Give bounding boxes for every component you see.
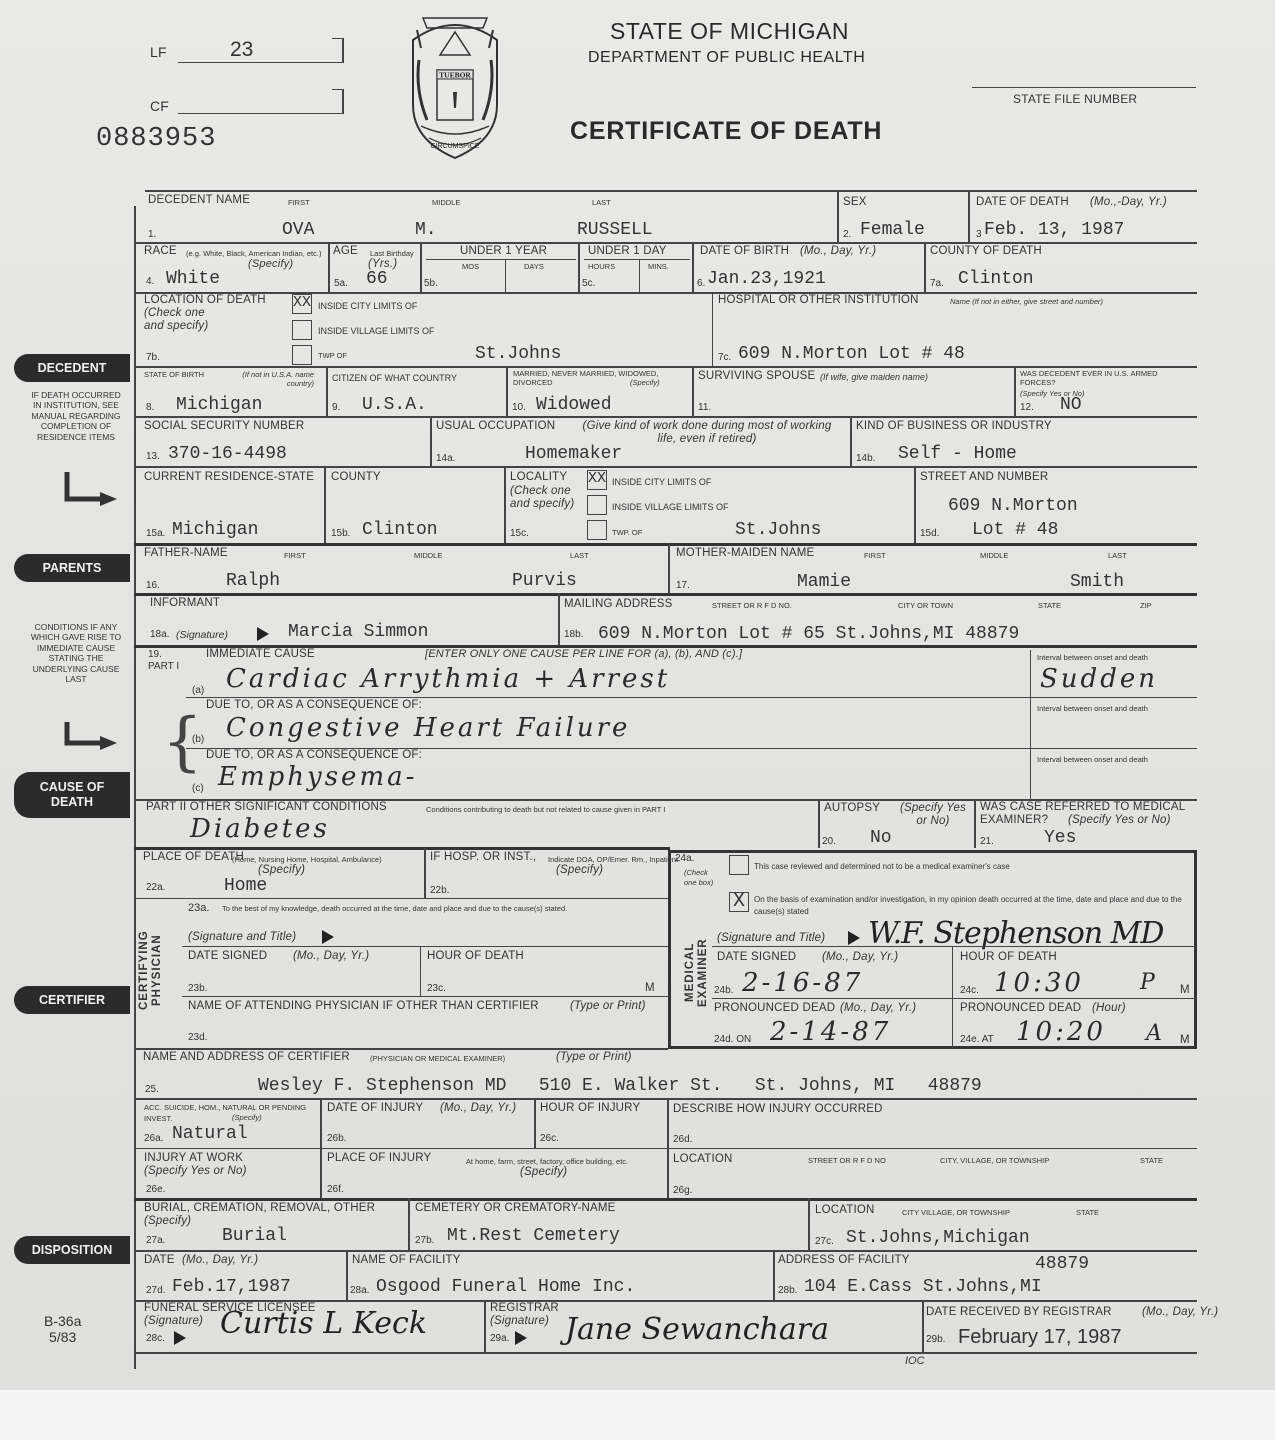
- facility-zip: 48879: [1035, 1254, 1089, 1274]
- item-number: 7c.: [718, 352, 731, 363]
- item-number: 18b.: [564, 629, 583, 640]
- item-number: 14b.: [856, 453, 875, 464]
- form-number: B-36a 5/83: [44, 1313, 81, 1345]
- item-number: 15c.: [510, 528, 529, 539]
- item-number: 9.: [332, 402, 340, 413]
- pronounced-date: 2-14-87: [770, 1017, 891, 1047]
- col-divider: [922, 1300, 924, 1352]
- form-number-code: B-36a: [44, 1313, 81, 1329]
- col-divider: [420, 946, 421, 996]
- lf-bracket: [342, 38, 344, 63]
- cemetery-name: Mt.Rest Cemetery: [447, 1226, 620, 1246]
- item-number: 29b.: [926, 1334, 945, 1345]
- arrow-pointer-icon: [174, 1331, 186, 1345]
- mins-label: MINS.: [648, 262, 669, 271]
- hosp-inst-label: IF HOSP. OR INST.,: [430, 851, 536, 863]
- business-value: Self - Home: [898, 444, 1017, 464]
- registrar-label: REGISTRAR: [490, 1302, 559, 1314]
- inside-village-checkbox[interactable]: [292, 320, 312, 340]
- arrow-right-icon: [62, 722, 122, 758]
- birth-state: Michigan: [176, 395, 262, 415]
- lf-underline: [178, 62, 343, 63]
- spouse-label: SURVIVING SPOUSE: [698, 370, 815, 382]
- race-label: RACE: [144, 245, 177, 257]
- street-label: STREET OR R F D NO.: [712, 601, 792, 610]
- meridiem-label: M: [1180, 1034, 1190, 1046]
- col-divider: [1014, 366, 1016, 416]
- street-label: STREET AND NUMBER: [920, 471, 1048, 483]
- item-number: 11.: [698, 402, 711, 413]
- injury-describe-label: DESCRIBE HOW INJURY OCCURRED: [673, 1103, 883, 1115]
- hosp-inst-specify: (Specify): [556, 864, 603, 876]
- row-line: [134, 416, 1197, 418]
- date-of-death: Feb. 13, 1987: [984, 220, 1124, 240]
- item-number: 29a.: [490, 1333, 509, 1344]
- examiner-hour: 10:30: [994, 968, 1084, 998]
- lf-bracket-top: [332, 38, 343, 39]
- locality-city-label: INSIDE CITY LIMITS OF: [612, 477, 711, 487]
- location-city: St.Johns: [475, 344, 561, 364]
- item-number: 1.: [148, 229, 156, 240]
- examiner-date-hint: (Mo., Day, Yr.): [822, 951, 898, 963]
- item-number: 12.: [1020, 402, 1034, 413]
- item-number: 5c.: [582, 278, 595, 289]
- item-number: 26a.: [144, 1133, 163, 1144]
- col-divider: [808, 1198, 810, 1250]
- twp-label: TWP OF: [318, 351, 347, 360]
- date-received-label: DATE RECEIVED BY REGISTRAR: [926, 1306, 1112, 1318]
- item-number: 7b.: [146, 352, 160, 363]
- pronounced-hour-ampm: A: [1146, 1021, 1165, 1046]
- injury-location-label: LOCATION: [673, 1153, 733, 1165]
- col-divider: [639, 260, 640, 292]
- dod-hint: (Mo.,-Day, Yr.): [1090, 196, 1167, 208]
- item-number: 25.: [145, 1084, 159, 1095]
- ssn-label: SOCIAL SECURITY NUMBER: [144, 420, 304, 432]
- item-number: 4.: [146, 276, 154, 287]
- referred-hint: (Specify Yes or No): [1068, 814, 1171, 826]
- col-divider: [578, 242, 580, 292]
- certifier-name-address: Wesley F. Stephenson MD 510 E. Walker St…: [258, 1076, 982, 1096]
- cf-underline: [178, 113, 343, 114]
- locality-label: LOCALITY: [510, 471, 567, 483]
- cemetery-label: CEMETERY OR CREMATORY-NAME: [415, 1202, 616, 1214]
- part-2-label: PART II OTHER SIGNIFICANT CONDITIONS: [146, 801, 387, 813]
- days-label: DAYS: [524, 262, 544, 271]
- item-number: 18a.: [150, 629, 169, 640]
- item-number: 24b.: [714, 985, 733, 996]
- certifier-label: NAME AND ADDRESS OF CERTIFIER: [143, 1051, 350, 1063]
- disposition-date-hint: (Mo., Day, Yr.): [182, 1254, 258, 1266]
- residence-state-label: CURRENT RESIDENCE-STATE: [144, 471, 314, 483]
- item-number: 28c.: [146, 1333, 165, 1344]
- arrow-pointer-icon: [848, 931, 860, 945]
- injury-at-work-label: INJURY AT WORK: [144, 1152, 243, 1164]
- autopsy-label: AUTOPSY: [824, 802, 880, 814]
- item-number: 23b.: [188, 983, 207, 994]
- not-me-case-label: This case reviewed and determined not to…: [754, 862, 1010, 871]
- item-number: 26e.: [146, 1184, 165, 1195]
- cf-bracket: [342, 89, 344, 114]
- injury-hour-label: HOUR OF INJURY: [540, 1102, 640, 1114]
- physician-date-hint: (Mo., Day, Yr.): [293, 950, 369, 962]
- sub-line: [426, 259, 576, 260]
- city-label: CITY, VILLAGE, OR TOWNSHIP: [940, 1156, 1049, 1165]
- examiner-signature-label: (Signature and Title): [717, 932, 825, 944]
- michigan-state-seal-icon: TUEBOR CIRCUMSPICE: [405, 10, 505, 160]
- item-number: 27d.: [146, 1285, 165, 1296]
- not-me-case-checkbox[interactable]: [729, 855, 749, 875]
- occupation-hint: (Give kind of work done during most of w…: [572, 420, 842, 446]
- col-divider: [818, 799, 820, 848]
- col-divider: [974, 799, 976, 848]
- race-specify: (Specify): [248, 258, 293, 270]
- col-divider: [558, 593, 560, 645]
- col-divider: [668, 543, 670, 593]
- state-label: STATE: [1038, 601, 1061, 610]
- date-received-hint: (Mo., Day, Yr.): [1142, 1306, 1218, 1318]
- licensee-signature: Curtis L Keck: [220, 1306, 427, 1341]
- locality-twp-checkbox[interactable]: [587, 520, 607, 540]
- last-label: LAST: [1108, 551, 1127, 560]
- col-divider: [837, 190, 839, 242]
- row-line: [712, 946, 1197, 947]
- col-divider: [692, 242, 694, 292]
- row-line: [134, 898, 670, 899]
- certificate-title: CERTIFICATE OF DEATH: [570, 117, 882, 146]
- pronounced-hour-label: PRONOUNCED DEAD: [960, 1002, 1081, 1014]
- row-line: [134, 466, 1197, 468]
- item-number: 26g.: [673, 1185, 692, 1196]
- item-number: 17.: [676, 580, 690, 591]
- interval-label: Interval between onset and death: [1037, 653, 1148, 662]
- item-number: 13.: [146, 451, 160, 462]
- location-of-death-label: LOCATION OF DEATH: [144, 294, 266, 306]
- ssn-value: 370-16-4498: [168, 444, 287, 464]
- marital-status: Widowed: [536, 395, 612, 415]
- me-opinion-checkbox[interactable]: X: [729, 892, 749, 912]
- occupation-value: Homemaker: [525, 444, 622, 464]
- facility-address-label: ADDRESS OF FACILITY: [778, 1254, 910, 1266]
- registrar-signature: Jane Sewanchara: [565, 1312, 829, 1347]
- mother-first-name: Mamie: [797, 572, 851, 592]
- registrar-initials: IOC: [905, 1355, 925, 1367]
- occupation-label: USUAL OCCUPATION: [436, 420, 555, 432]
- state-title: STATE OF MICHIGAN: [610, 18, 849, 45]
- state-file-number-label: STATE FILE NUMBER: [1013, 92, 1137, 106]
- item-number: 27b.: [415, 1235, 434, 1246]
- cause-b-label: (b): [192, 734, 204, 745]
- item-number: 10.: [512, 402, 526, 413]
- birth-state-hint: (If not in U.S.A. name country): [222, 370, 314, 388]
- conditions-note: CONDITIONS IF ANY WHICH GAVE RISE TO IMM…: [30, 622, 122, 684]
- col-divider: [505, 260, 506, 292]
- col-divider: [408, 1198, 410, 1250]
- part-1-label: PART I: [148, 661, 179, 672]
- item-number: 5b.: [424, 278, 438, 289]
- decedent-middle-name: M.: [415, 220, 437, 240]
- pronounced-hour: 10:20: [1016, 1017, 1106, 1047]
- item-number: 16.: [146, 580, 160, 591]
- due-to-label: DUE TO, OR AS A CONSEQUENCE OF:: [206, 749, 422, 761]
- col-divider: [968, 190, 970, 242]
- informant-signature-label: (Signature): [176, 629, 228, 641]
- father-label: FATHER-NAME: [144, 547, 228, 559]
- street-line-1: 609 N.Morton: [948, 496, 1078, 516]
- decedent-name-label: DECEDENT NAME: [148, 194, 250, 206]
- residence-state: Michigan: [172, 520, 258, 540]
- col-divider: [420, 242, 422, 292]
- dob-hint: (Mo., Day, Yr.): [800, 245, 876, 257]
- disposition-date: Feb.17,1987: [172, 1277, 291, 1297]
- place-of-death: Home: [224, 876, 267, 896]
- row-line: [182, 946, 670, 947]
- certifier-label-hint: (PHYSICIAN OR MEDICAL EXAMINER): [370, 1054, 505, 1063]
- row-line: [186, 697, 1197, 698]
- col-divider: [430, 416, 432, 466]
- col-divider: [484, 1300, 486, 1352]
- examiner-date-label: DATE SIGNED: [717, 951, 796, 963]
- col-divider: [773, 1250, 775, 1300]
- col-divider: [324, 466, 326, 544]
- cause-a-label: (a): [192, 685, 204, 696]
- examiner-date-signed: 2-16-87: [742, 968, 863, 998]
- residence-county: Clinton: [362, 520, 438, 540]
- meridiem-label: M: [1180, 984, 1190, 996]
- item-number: 5a.: [334, 278, 348, 289]
- location-hint: (Check one and specify): [144, 307, 224, 333]
- item-number: 14a.: [436, 453, 455, 464]
- disposition-method-label: BURIAL, CREMATION, REMOVAL, OTHER: [144, 1202, 375, 1214]
- pronounced-date-hint: (Mo., Day, Yr.): [840, 1002, 916, 1014]
- race-value: White: [166, 269, 220, 289]
- manner-hint: (Specify): [232, 1113, 262, 1122]
- business-label: KIND OF BUSINESS OR INDUSTRY: [856, 420, 1052, 432]
- item-number: 7a.: [930, 278, 944, 289]
- attending-physician-hint: (Type or Print): [570, 1000, 646, 1012]
- col-divider: [326, 366, 328, 416]
- form-number-date: 5/83: [44, 1329, 81, 1345]
- row-line: [712, 998, 1197, 999]
- lf-label: LF: [150, 44, 167, 60]
- injury-date-hint: (Mo., Day, Yr.): [440, 1102, 516, 1114]
- item-number: 6.: [697, 278, 705, 289]
- col-divider: [914, 466, 916, 544]
- col-divider: [504, 466, 506, 544]
- locality-village-checkbox[interactable]: [587, 495, 607, 515]
- first-label: FIRST: [864, 551, 886, 560]
- row-line: [145, 190, 1197, 192]
- pronounced-date-label: PRONOUNCED DEAD: [714, 1002, 835, 1014]
- interval-label: Interval between onset and death: [1037, 704, 1148, 713]
- dod-label: DATE OF DEATH: [976, 196, 1069, 208]
- father-first-name: Ralph: [226, 571, 280, 591]
- state-label: STATE: [1076, 1208, 1099, 1217]
- armed-forces-label: WAS DECEDENT EVER IN U.S. ARMED FORCES?: [1020, 369, 1160, 387]
- cf-bracket-top: [332, 89, 343, 90]
- locality-village-label: INSIDE VILLAGE LIMITS OF: [612, 502, 729, 512]
- marital-hint: (Specify): [630, 378, 660, 387]
- col-divider: [506, 366, 508, 416]
- hospital-hint: Name (If not in either, give street and …: [950, 297, 1103, 306]
- county-of-death: Clinton: [958, 269, 1034, 289]
- row-line: [134, 242, 1197, 244]
- manner-label: ACC. SUICIDE, HOM., NATURAL OR PENDING I…: [144, 1102, 314, 1124]
- interval-divider: [1030, 650, 1031, 800]
- hospital-value: 609 N.Morton Lot # 48: [738, 344, 965, 364]
- mailing-address-label: MAILING ADDRESS: [564, 598, 672, 610]
- item-number: 19.: [148, 649, 162, 660]
- middle-label: MIDDLE: [980, 551, 1008, 560]
- item-number: 15d.: [920, 528, 939, 539]
- svg-text:TUEBOR: TUEBOR: [439, 71, 471, 80]
- item-number: 24e. AT: [960, 1034, 994, 1045]
- row-line: [182, 996, 670, 997]
- mother-last-name: Smith: [1070, 572, 1124, 592]
- item-number: 20.: [822, 836, 836, 847]
- last-label: LAST: [592, 198, 611, 207]
- place-hint: (Home, Nursing Home, Hospital, Ambulance…: [232, 855, 382, 864]
- death-certificate-page: LF 23 CF 0883953 TUEBOR CIRCUMSPICE STAT…: [0, 0, 1275, 1390]
- pronounced-hour-hint: (Hour): [1092, 1002, 1126, 1014]
- middle-label: MIDDLE: [414, 551, 442, 560]
- age-hint: Last Birthday: [370, 249, 414, 258]
- injury-at-work-hint: (Specify Yes or No): [144, 1165, 247, 1177]
- birth-state-label: STATE OF BIRTH: [144, 370, 204, 379]
- cf-label: CF: [150, 98, 169, 114]
- age-label: AGE: [333, 245, 358, 257]
- referred-value: Yes: [1044, 828, 1076, 848]
- section-line: [134, 1198, 1197, 1201]
- locality-city-checkbox[interactable]: XX: [587, 470, 607, 490]
- zip-label: ZIP: [1140, 601, 1152, 610]
- arrow-right-icon: [62, 472, 122, 508]
- item-number: 26d.: [673, 1134, 692, 1145]
- physician-signature-label: (Signature and Title): [188, 931, 296, 943]
- state-label: STATE: [1140, 1156, 1163, 1165]
- item-number: 22a.: [146, 882, 165, 893]
- sub-line: [584, 259, 690, 260]
- col-divider: [328, 242, 330, 292]
- item-number: 28b.: [778, 1285, 797, 1296]
- lf-field: LF: [150, 44, 167, 62]
- disposition-location-label: LOCATION: [815, 1204, 875, 1216]
- form-left-border: [134, 206, 136, 1369]
- race-hint: (e.g. White, Black, American Indian, etc…: [186, 249, 321, 258]
- inside-city-checkbox[interactable]: XX: [292, 294, 312, 314]
- registrar-signature-label: (Signature): [490, 1315, 549, 1327]
- mother-label: MOTHER-MAIDEN NAME: [676, 547, 814, 559]
- citizen-country: U.S.A.: [362, 395, 427, 415]
- me-opinion-label: On the basis of examination and/or inves…: [754, 894, 1184, 918]
- dob-label: DATE OF BIRTH: [700, 245, 789, 257]
- item-number: 24a.: [675, 853, 694, 864]
- attending-physician-label: NAME OF ATTENDING PHYSICIAN IF OTHER THA…: [188, 1000, 539, 1012]
- first-label: FIRST: [284, 551, 306, 560]
- cause-instruction: [ENTER ONLY ONE CAUSE PER LINE FOR (a), …: [425, 648, 742, 660]
- tab-parents: PARENTS: [14, 554, 130, 582]
- disposition-location: St.Johns,Michigan: [846, 1228, 1030, 1248]
- tab-cause-of-death: CAUSE OF DEATH: [14, 772, 130, 818]
- item-number: 2.: [843, 229, 851, 240]
- examiner-hour-label: HOUR OF DEATH: [960, 951, 1057, 963]
- injury-date-label: DATE OF INJURY: [327, 1102, 423, 1114]
- item-number: 23c.: [427, 983, 446, 994]
- informant-label: INFORMANT: [150, 597, 220, 609]
- twp-checkbox[interactable]: [292, 345, 312, 365]
- licensee-signature-label: (Signature): [144, 1315, 203, 1327]
- street-line-2: Lot # 48: [972, 520, 1058, 540]
- autopsy-value: No: [870, 828, 892, 848]
- tab-decedent: DECEDENT: [14, 354, 130, 382]
- institution-note: IF DEATH OCCURRED IN INSTITUTION, SEE MA…: [30, 390, 122, 442]
- item-number: 3: [976, 229, 982, 240]
- locality-twp-label: TWP. OF: [612, 528, 642, 537]
- section-line: [134, 847, 670, 850]
- sex-label: SEX: [843, 196, 867, 208]
- first-label: FIRST: [288, 198, 310, 207]
- disposition-method: Burial: [222, 1226, 287, 1246]
- date-received: February 17, 1987: [958, 1326, 1121, 1349]
- due-to-label: DUE TO, OR AS A CONSEQUENCE OF:: [206, 699, 422, 711]
- check-one-hint: (Check one box): [684, 868, 714, 888]
- under-1-day-label: UNDER 1 DAY: [588, 245, 667, 257]
- inside-city-label: INSIDE CITY LIMITS OF: [318, 301, 417, 311]
- col-divider: [952, 946, 953, 1048]
- father-last-name: Purvis: [512, 571, 577, 591]
- item-number: 21.: [980, 836, 994, 847]
- part-2-value: Diabetes: [190, 814, 330, 844]
- row-line: [134, 1250, 1197, 1252]
- control-number: 0883953: [96, 124, 216, 154]
- cause-a-value: Cardiac Arrythmia + Arrest: [226, 664, 670, 694]
- street-label: STREET OR R F D NO: [808, 1156, 886, 1165]
- item-number: 24d. ON: [714, 1034, 751, 1045]
- decedent-last-name: RUSSELL: [577, 220, 653, 240]
- cause-a-interval: Sudden: [1040, 664, 1158, 694]
- certifying-physician-label: CERTIFYING PHYSICIAN: [138, 925, 164, 1015]
- place-specify: (Specify): [258, 864, 305, 876]
- col-divider: [712, 292, 713, 366]
- item-number: 26f.: [327, 1184, 344, 1195]
- medical-examiner-label: MEDICAL EXAMINER: [684, 935, 710, 1010]
- section-line: [134, 543, 1197, 546]
- item-number: 28a.: [350, 1285, 369, 1296]
- row-line: [134, 1148, 1197, 1149]
- facility-address: 104 E.Cass St.Johns,MI: [804, 1277, 1042, 1297]
- certifier-type-hint: (Type or Print): [556, 1051, 632, 1063]
- item-number: 26c.: [540, 1133, 559, 1144]
- autopsy-hint: (Specify Yes or No): [893, 802, 973, 828]
- item-number: 23d.: [188, 1032, 207, 1043]
- arrow-pointer-icon: [515, 1331, 527, 1345]
- item-number: 27a.: [146, 1235, 165, 1246]
- date-of-birth: Jan.23,1921: [707, 269, 826, 289]
- interval-label: Interval between onset and death: [1037, 755, 1148, 764]
- section-line: [134, 593, 1197, 596]
- row-line: [134, 366, 1197, 368]
- immediate-cause-label: IMMEDIATE CAUSE: [206, 648, 315, 660]
- examiner-hour-ampm: P: [1140, 970, 1158, 995]
- col-divider: [534, 1098, 536, 1148]
- arrow-pointer-icon: [322, 930, 334, 944]
- physician-statement: To the best of my knowledge, death occur…: [222, 904, 662, 914]
- disposition-date-label: DATE: [144, 1254, 175, 1266]
- row-line: [134, 1098, 1197, 1100]
- middle-label: MIDDLE: [432, 198, 460, 207]
- cause-c-label: (c): [192, 783, 204, 794]
- mos-label: MOS: [462, 262, 479, 271]
